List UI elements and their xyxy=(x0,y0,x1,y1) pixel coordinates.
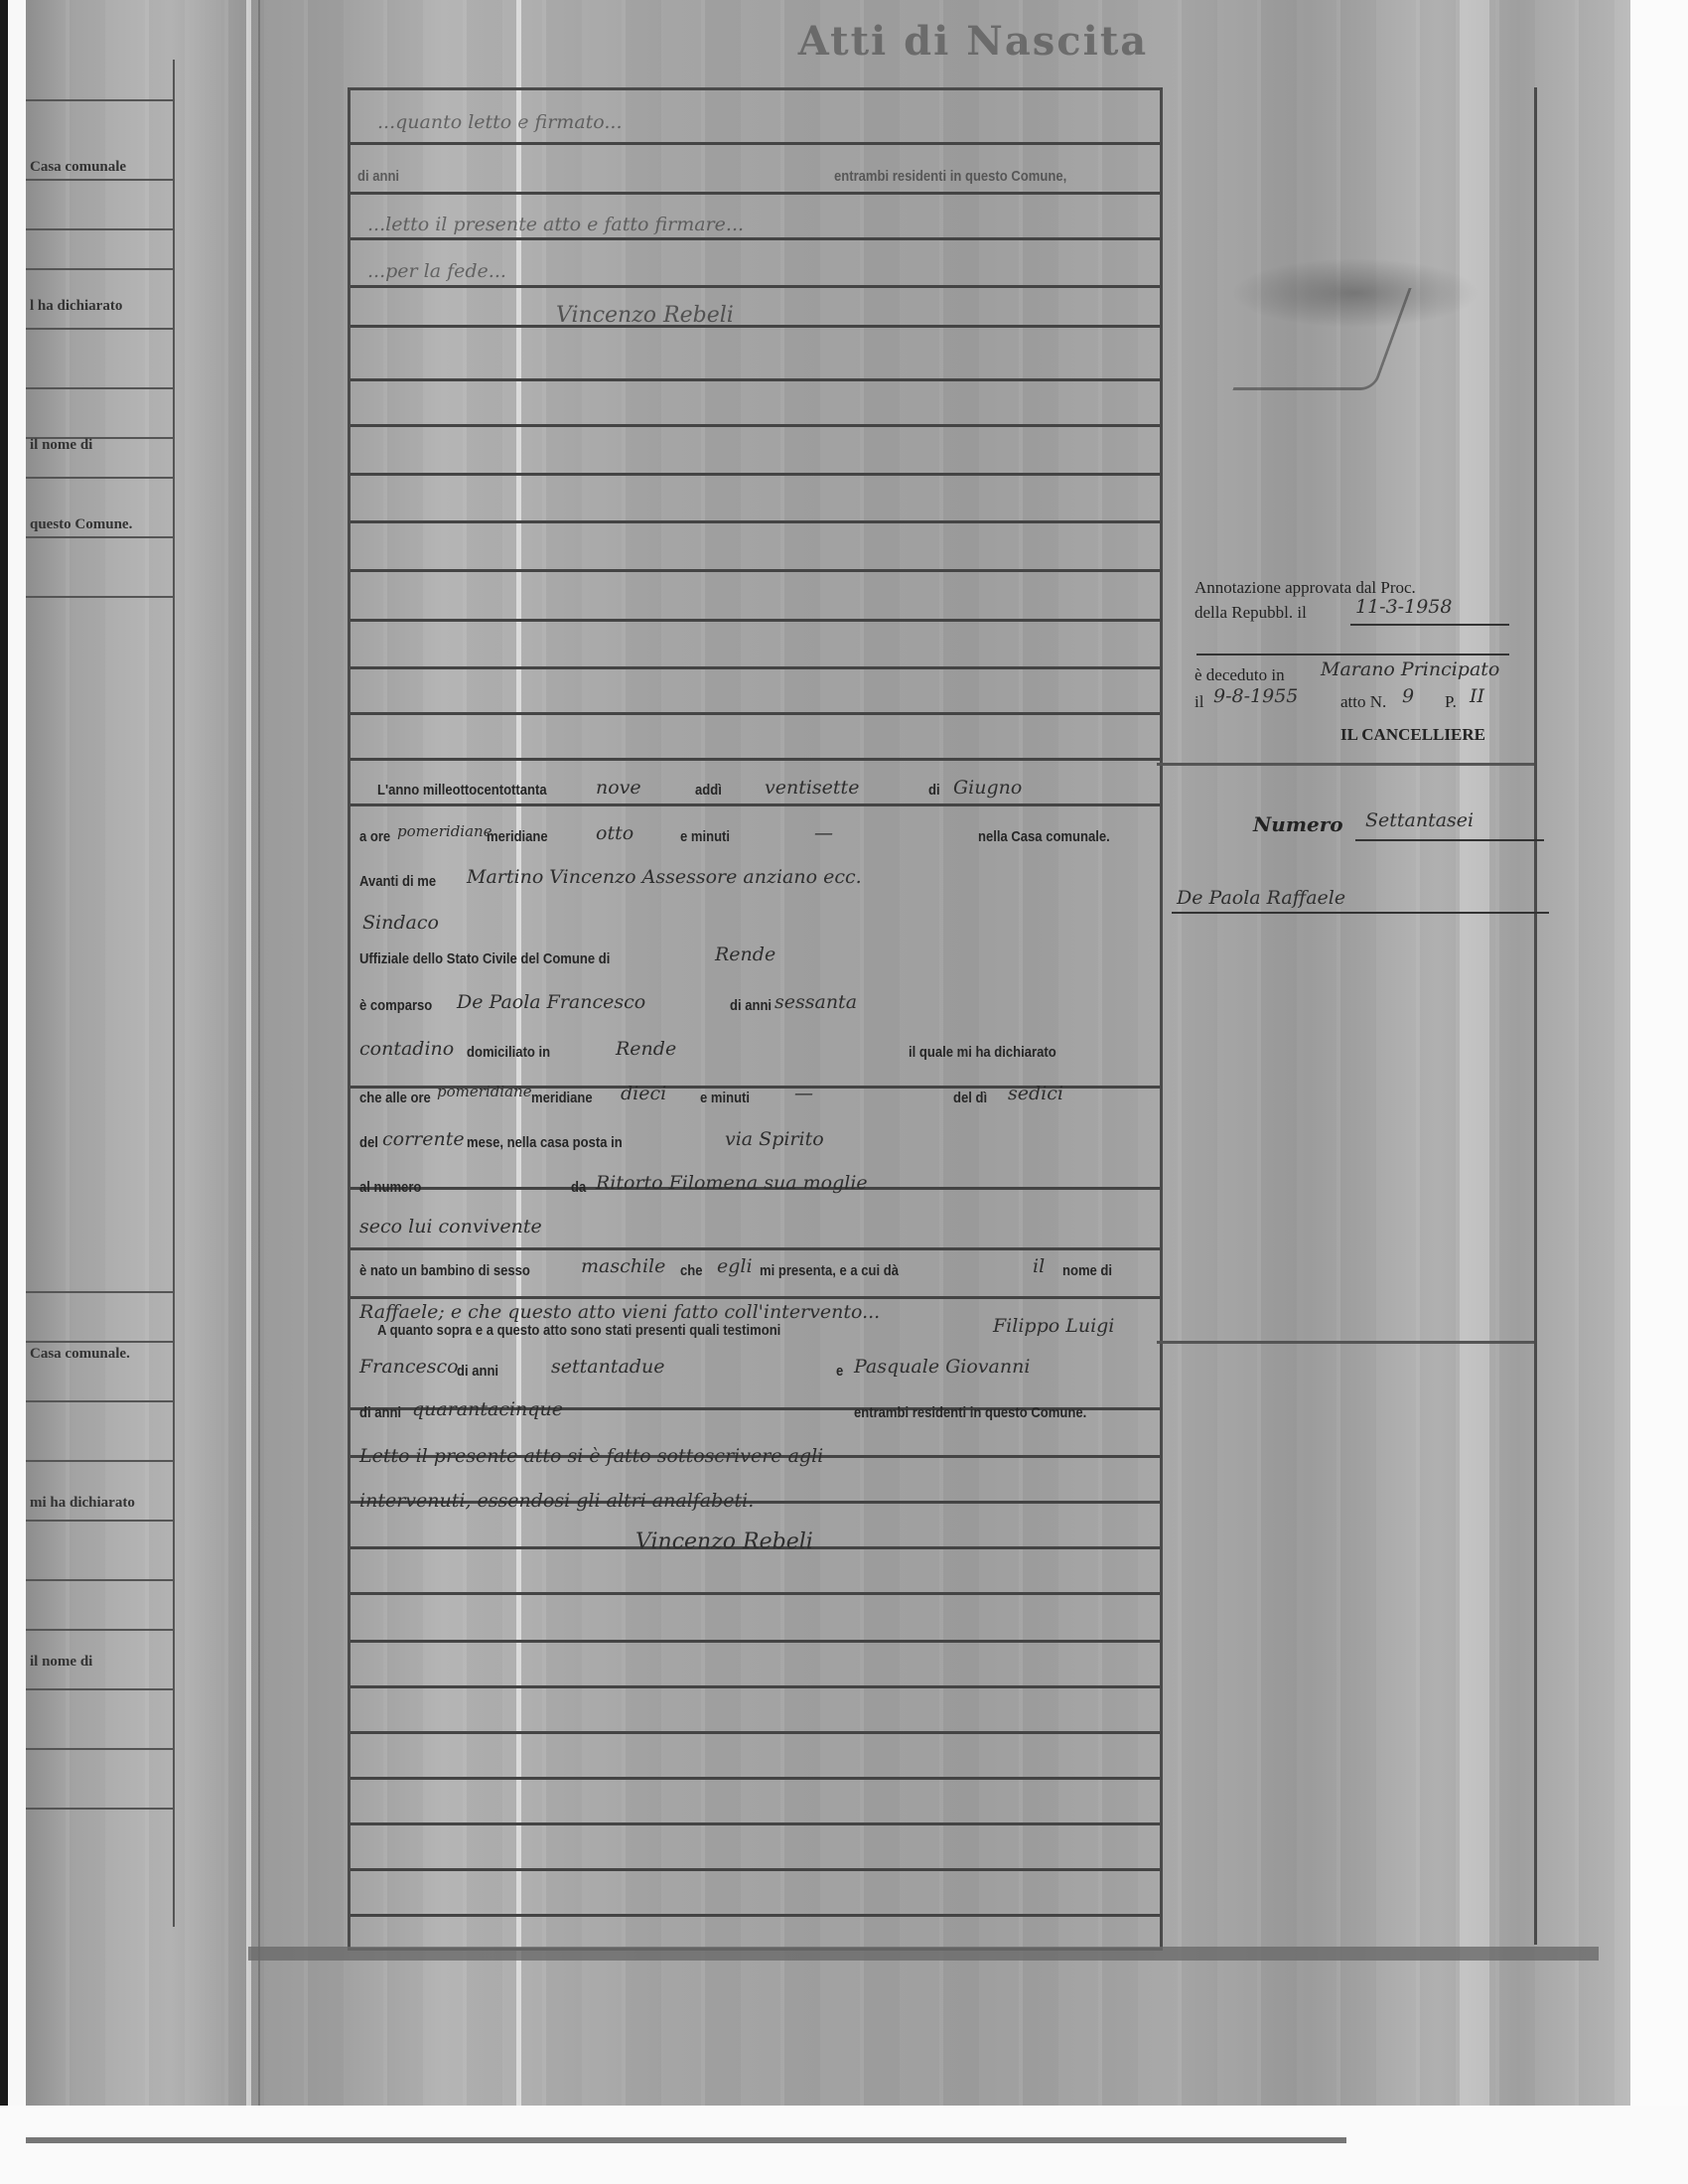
witness1-cont-field: Francesco xyxy=(359,1356,459,1378)
annotation-label: atto N. xyxy=(1340,692,1386,712)
death-place: Marano Principato xyxy=(1321,658,1499,680)
printed-label: di anni xyxy=(457,1364,498,1380)
printed-label: di xyxy=(928,783,940,799)
annotation-label: è deceduto in xyxy=(1195,665,1285,685)
printed-label: A quanto sopra e a questo atto sono stat… xyxy=(377,1323,780,1339)
hour-field: dieci xyxy=(621,1083,666,1104)
printed-label: e minuti xyxy=(680,829,730,845)
previous-act-line: ...letto il presente atto e fatto firmar… xyxy=(367,214,744,235)
page-margin-right xyxy=(1630,0,1688,2184)
left-label: questo Comune. xyxy=(30,516,132,533)
profession-field: contadino xyxy=(359,1038,454,1060)
page-edge xyxy=(26,2137,1346,2143)
numero-label: Numero xyxy=(1253,812,1343,836)
printed-label: è nato un bambino di sesso xyxy=(359,1263,530,1279)
printed-label: L'anno milleottocentottanta xyxy=(377,783,547,799)
act-number: Settantasei xyxy=(1365,809,1474,831)
printed-label: che xyxy=(680,1263,703,1279)
fold-line xyxy=(258,0,260,2106)
minutes-field: — xyxy=(814,822,833,844)
sex-field: maschile xyxy=(581,1255,665,1277)
cohabitant-field: seco lui convivente xyxy=(359,1216,542,1238)
previous-act-line: ...per la fede... xyxy=(367,260,506,282)
annotation-label: il xyxy=(1195,692,1203,712)
left-label: Casa comunale xyxy=(30,159,126,176)
year-field: nove xyxy=(596,777,641,799)
page-margin-bottom xyxy=(0,2106,1688,2184)
give-field: il xyxy=(1033,1255,1045,1277)
register-frame xyxy=(348,87,1163,1951)
mother-field: Ritorto Filomena sua moglie xyxy=(596,1172,868,1194)
annotation-label: della Repubbl. il xyxy=(1195,603,1307,623)
month-field: corrente xyxy=(382,1128,465,1150)
death-date: 9-8-1955 xyxy=(1213,685,1298,707)
previous-act-signature: Vincenzo Rebeli xyxy=(556,303,734,328)
ore-field: pomeridiane xyxy=(397,822,492,840)
officer-signature: Vincenzo Rebeli xyxy=(635,1529,813,1554)
printed-label: e xyxy=(836,1364,843,1380)
left-label: il nome di xyxy=(30,437,92,454)
hour-field: otto xyxy=(596,822,633,844)
declarant-field: De Paola Francesco xyxy=(457,991,645,1013)
domicile-field: Rende xyxy=(616,1038,676,1060)
printed-label: del xyxy=(359,1135,378,1151)
printed-label: domiciliato in xyxy=(467,1045,550,1061)
page-title: Atti di Nascita xyxy=(735,18,1211,65)
witness2-field: Pasquale Giovanni xyxy=(854,1356,1030,1378)
child-name-field: Raffaele; e che questo atto vieni fatto … xyxy=(359,1301,880,1323)
closing-line: intervenuti, essendosi gli altri analfab… xyxy=(359,1490,754,1512)
printed-label: nella Casa comunale. xyxy=(978,829,1110,845)
comune-field: Rende xyxy=(715,944,775,965)
printed-label: è comparso xyxy=(359,998,432,1014)
printed-label: del dì xyxy=(953,1091,987,1106)
printed-label: Uffiziale dello Stato Civile del Comune … xyxy=(359,951,610,967)
printed-label: meridiane xyxy=(531,1091,593,1106)
printed-label: mi presenta, e a cui dà xyxy=(760,1263,899,1279)
presents-field: egli xyxy=(717,1255,753,1277)
officer-field: Martino Vincenzo Assessore anziano ecc. xyxy=(467,866,862,888)
printed-label: a ore xyxy=(359,829,390,845)
minutes-field: — xyxy=(794,1083,813,1104)
left-label: l ha dichiarato xyxy=(30,298,122,315)
scan-streak xyxy=(246,0,251,2106)
chancellor-label: IL CANCELLIERE xyxy=(1340,725,1485,745)
printed-label: e minuti xyxy=(700,1091,750,1106)
binding-edge xyxy=(248,1947,1599,1961)
printed-label: entrambi residenti in questo Comune. xyxy=(854,1405,1086,1421)
witness1-field: Filippo Luigi xyxy=(993,1315,1114,1337)
scan-edge xyxy=(0,0,8,2106)
page-margin xyxy=(8,0,26,2184)
age-field: sessanta xyxy=(774,991,857,1013)
ore-field: pomeridiane xyxy=(437,1083,532,1100)
printed-label: meridiane xyxy=(487,829,548,845)
previous-act-line: ...quanto letto e firmato... xyxy=(377,111,623,133)
witness1-age-field: settantadue xyxy=(551,1356,664,1378)
day-field: sedici xyxy=(1008,1083,1063,1104)
printed-label: entrambi residenti in questo Comune, xyxy=(834,169,1066,185)
left-label: mi ha dichiarato xyxy=(30,1495,135,1512)
officer-field-cont: Sindaco xyxy=(362,912,439,934)
death-act-part: II xyxy=(1470,685,1484,707)
annotation-line: Annotazione approvata dal Proc. xyxy=(1195,578,1416,598)
printed-label: che alle ore xyxy=(359,1091,431,1106)
previous-page-column: Casa comunale l ha dichiarato il nome di… xyxy=(26,60,175,1927)
printed-label: Avanti di me xyxy=(359,874,436,890)
left-label: Casa comunale. xyxy=(30,1346,130,1363)
death-act-number: 9 xyxy=(1402,685,1414,707)
child-register-name: De Paola Raffaele xyxy=(1177,887,1345,909)
printed-label: il quale mi ha dichiarato xyxy=(909,1045,1056,1061)
day-field: ventisette xyxy=(765,777,859,799)
printed-label: al numero xyxy=(359,1180,421,1196)
printed-label: nome di xyxy=(1062,1263,1112,1279)
printed-label: di anni xyxy=(359,1405,401,1421)
month-field: Giugno xyxy=(953,777,1022,799)
printed-label: da xyxy=(571,1180,586,1196)
printed-label: addì xyxy=(695,783,722,799)
printed-label: di anni xyxy=(730,998,772,1014)
street-field: via Spirito xyxy=(725,1128,824,1150)
closing-line: Letto il presente atto si è fatto sottos… xyxy=(359,1445,823,1467)
annotation-label: P. xyxy=(1445,692,1457,712)
approval-date: 11-3-1958 xyxy=(1355,596,1452,618)
left-label: il nome di xyxy=(30,1654,92,1671)
witness2-age-field: quarantacinque xyxy=(412,1398,563,1420)
printed-label: mese, nella casa posta in xyxy=(467,1135,623,1151)
printed-label: di anni xyxy=(357,169,399,185)
